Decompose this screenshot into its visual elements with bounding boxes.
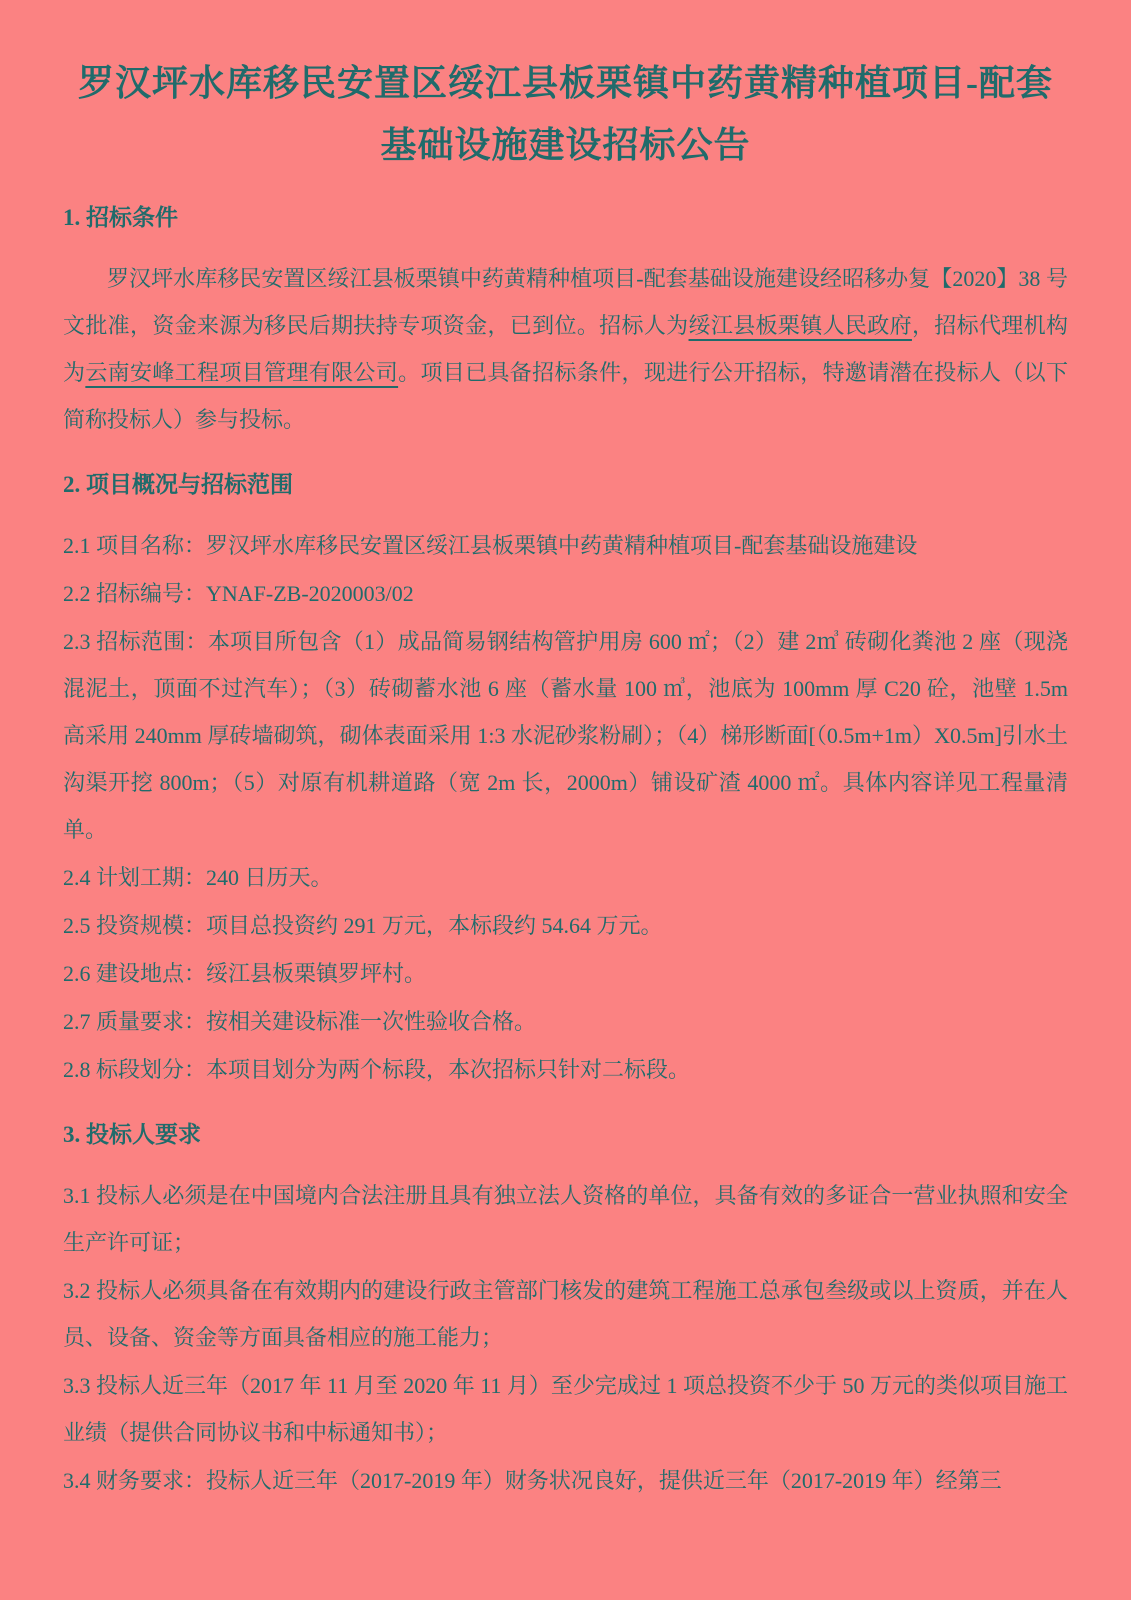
agency-name-underlined: 云南安峰工程项目管理有限公司 bbox=[85, 360, 398, 385]
clause-project-name: 2.1 项目名称：罗汉坪水库移民安置区绥江县板栗镇中药黄精种植项目-配套基础设施… bbox=[63, 522, 1068, 569]
bidder-name-underlined: 绥江县板栗镇人民政府 bbox=[689, 313, 912, 338]
document-title: 罗汉坪水库移民安置区绥江县板栗镇中药黄精种植项目-配套基础设施建设招标公告 bbox=[69, 52, 1062, 176]
clause-tender-scope: 2.3 招标范围：本项目所包含（1）成品简易钢结构管护用房 600 ㎡；（2）建… bbox=[63, 618, 1068, 853]
section-bidder-requirements: 3. 投标人要求 3.1 投标人必须是在中国境内合法注册且具有独立法人资格的单位… bbox=[63, 1111, 1068, 1504]
clause-investment-scale: 2.5 投资规模：项目总投资约 291 万元，本标段约 54.64 万元。 bbox=[63, 902, 1068, 949]
section-bidding-conditions: 1. 招标条件 罗汉坪水库移民安置区绥江县板栗镇中药黄精种植项目-配套基础设施建… bbox=[63, 194, 1068, 443]
section-heading-bidding-conditions: 1. 招标条件 bbox=[63, 194, 1068, 241]
clause-similar-performance: 3.3 投标人近三年（2017 年 11 月至 2020 年 11 月）至少完成… bbox=[63, 1362, 1068, 1456]
clause-financial-requirement: 3.4 财务要求：投标人近三年（2017-2019 年）财务状况良好，提供近三年… bbox=[63, 1457, 1068, 1504]
clause-section-division: 2.8 标段划分：本项目划分为两个标段，本次招标只针对二标段。 bbox=[63, 1046, 1068, 1093]
clause-quality-requirement: 2.7 质量要求：按相关建设标准一次性验收合格。 bbox=[63, 998, 1068, 1045]
clause-qualification-level: 3.2 投标人必须具备在有效期内的建设行政主管部门核发的建筑工程施工总承包叁级或… bbox=[63, 1267, 1068, 1361]
clause-legal-registration: 3.1 投标人必须是在中国境内合法注册且具有独立法人资格的单位，具备有效的多证合… bbox=[63, 1172, 1068, 1266]
clause-planned-duration: 2.4 计划工期：240 日历天。 bbox=[63, 854, 1068, 901]
clause-construction-site: 2.6 建设地点：绥江县板栗镇罗坪村。 bbox=[63, 950, 1068, 997]
section-project-overview: 2. 项目概况与招标范围 2.1 项目名称：罗汉坪水库移民安置区绥江县板栗镇中药… bbox=[63, 461, 1068, 1093]
clause-tender-number: 2.2 招标编号：YNAF-ZB-2020003/02 bbox=[63, 570, 1068, 617]
section-heading-project-overview: 2. 项目概况与招标范围 bbox=[63, 461, 1068, 508]
section-heading-bidder-requirements: 3. 投标人要求 bbox=[63, 1111, 1068, 1158]
bidding-conditions-paragraph: 罗汉坪水库移民安置区绥江县板栗镇中药黄精种植项目-配套基础设施建设经昭移办复【2… bbox=[63, 255, 1068, 443]
tender-announcement-document: 罗汉坪水库移民安置区绥江县板栗镇中药黄精种植项目-配套基础设施建设招标公告 1.… bbox=[0, 0, 1131, 1600]
